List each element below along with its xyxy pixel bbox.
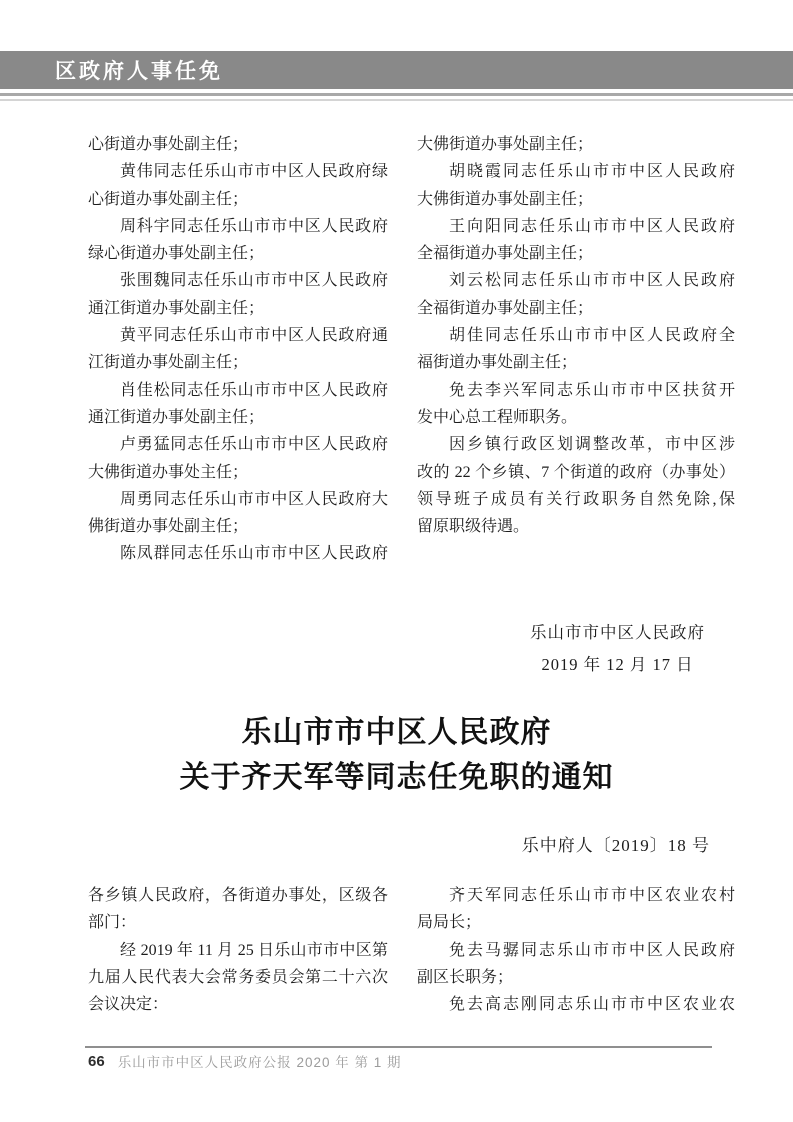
doc2-left-line: 各乡镇人民政府，各街道办事处，区级各 (88, 882, 388, 909)
doc2-left-line: 经 2019 年 11 月 25 日乐山市市中区第 (88, 937, 388, 964)
doc1-right-line: 刘云松同志任乐山市市中区人民政府 (417, 267, 735, 294)
doc1-left-line: 肖佳松同志任乐山市市中区人民政府 (88, 377, 388, 404)
doc2-title-line1: 乐山市市中区人民政府 (0, 710, 793, 755)
doc1-left-line: 卢勇猛同志任乐山市市中区人民政府 (88, 431, 388, 458)
footer-rule (85, 1046, 712, 1048)
doc1-left-line: 心街道办事处副主任； (88, 186, 388, 213)
doc1-right-line: 因乡镇行政区划调整改革，市中区涉 (417, 431, 735, 458)
doc1-left-line: 陈凤群同志任乐山市市中区人民政府 (88, 540, 388, 567)
doc1-left-column: 心街道办事处副主任； 黄伟同志任乐山市市中区人民政府绿 心街道办事处副主任； 周… (88, 131, 388, 568)
doc2-right-line: 局局长； (417, 909, 735, 936)
doc2-left-column: 各乡镇人民政府，各街道办事处，区级各 部门： 经 2019 年 11 月 25 … (88, 882, 388, 1018)
doc1-right-line: 发中心总工程师职务。 (417, 404, 735, 431)
doc1-right-line: 改的 22 个乡镇、7 个街道的政府（办事处） (417, 459, 735, 486)
doc1-left-line: 张围魏同志任乐山市市中区人民政府 (88, 267, 388, 294)
doc1-left-line: 周科宇同志任乐山市市中区人民政府 (88, 213, 388, 240)
doc1-left-line: 绿心街道办事处副主任； (88, 240, 388, 267)
doc2-right-line: 免去马骣同志乐山市市中区人民政府 (417, 937, 735, 964)
doc1-right-line: 留原职级待遇。 (417, 513, 735, 540)
doc2-left-line: 九届人民代表大会常务委员会第二十六次 (88, 964, 388, 991)
doc1-right-line: 胡佳同志任乐山市市中区人民政府全 (417, 322, 735, 349)
doc1-left-line: 通江街道办事处副主任； (88, 295, 388, 322)
page-number: 66 (88, 1053, 105, 1070)
doc1-left-line: 黄伟同志任乐山市市中区人民政府绿 (88, 158, 388, 185)
doc1-left-line: 通江街道办事处副主任； (88, 404, 388, 431)
journal-title: 乐山市市中区人民政府公报 2020 年 第 1 期 (118, 1051, 402, 1071)
doc1-right-line: 福街道办事处副主任； (417, 349, 735, 376)
doc2-title-line2: 关于齐天军等同志任免职的通知 (0, 755, 793, 800)
doc1-right-line: 领导班子成员有关行政职务自然免除,保 (417, 486, 735, 513)
doc2-right-line: 免去高志刚同志乐山市市中区农业农 (417, 991, 735, 1018)
doc1-left-line: 佛街道办事处副主任； (88, 513, 388, 540)
doc1-right-line: 全福街道办事处副主任； (417, 295, 735, 322)
doc1-right-line: 王向阳同志任乐山市市中区人民政府 (417, 213, 735, 240)
doc1-right-line: 大佛街道办事处副主任； (417, 131, 735, 158)
banner-rule-thin (0, 99, 793, 101)
doc1-right-column: 大佛街道办事处副主任； 胡晓霞同志任乐山市市中区人民政府 大佛街道办事处副主任；… (417, 131, 735, 540)
doc1-left-line: 江街道办事处副主任； (88, 349, 388, 376)
doc2-left-line: 会议决定： (88, 991, 388, 1018)
doc2-right-line: 齐天军同志任乐山市市中区农业农村 (417, 882, 735, 909)
doc2-title: 乐山市市中区人民政府 关于齐天军等同志任免职的通知 (0, 710, 793, 800)
section-banner: 区政府人事任免 (0, 51, 793, 89)
doc2-right-column: 齐天军同志任乐山市市中区农业农村 局局长； 免去马骣同志乐山市市中区人民政府 副… (417, 882, 735, 1018)
doc2-document-number: 乐中府人〔2019〕18 号 (522, 831, 710, 856)
doc1-right-line: 大佛街道办事处副主任； (417, 186, 735, 213)
doc1-left-line: 心街道办事处副主任； (88, 131, 388, 158)
gazette-page: 区政府人事任免 心街道办事处副主任； 黄伟同志任乐山市市中区人民政府绿 心街道办… (0, 0, 793, 1122)
banner-rule-thick (0, 93, 793, 96)
footer: 66 乐山市市中区人民政府公报 2020 年 第 1 期 (88, 1051, 708, 1071)
doc1-right-line: 全福街道办事处副主任； (417, 240, 735, 267)
doc1-left-line: 周勇同志任乐山市市中区人民政府大 (88, 486, 388, 513)
signature-date: 2019 年 12 月 17 日 (530, 649, 705, 681)
doc2-right-line: 副区长职务； (417, 964, 735, 991)
doc1-right-line: 胡晓霞同志任乐山市市中区人民政府 (417, 158, 735, 185)
doc1-right-line: 免去李兴军同志乐山市市中区扶贫开 (417, 377, 735, 404)
section-banner-title: 区政府人事任免 (55, 55, 223, 85)
doc2-left-line: 部门： (88, 909, 388, 936)
signature-block: 乐山市市中区人民政府 2019 年 12 月 17 日 (530, 617, 705, 681)
doc1-left-line: 黄平同志任乐山市市中区人民政府通 (88, 322, 388, 349)
doc1-left-line: 大佛街道办事处主任； (88, 459, 388, 486)
signature-org: 乐山市市中区人民政府 (530, 617, 705, 649)
